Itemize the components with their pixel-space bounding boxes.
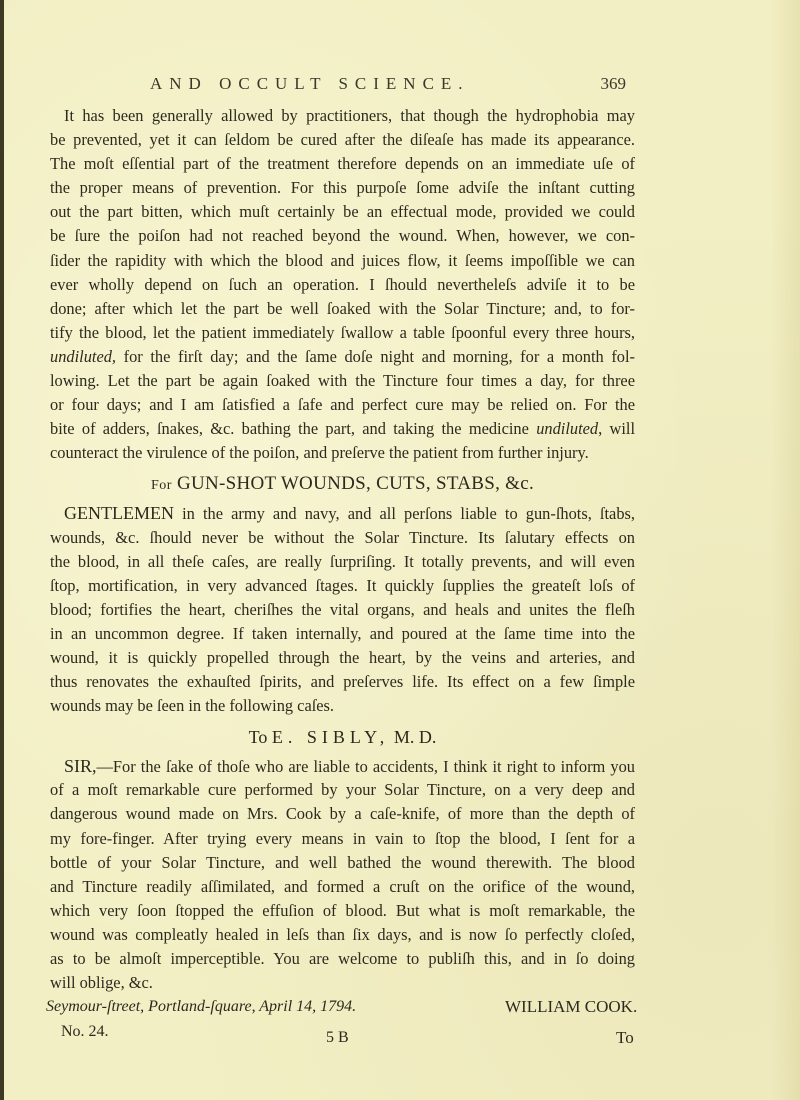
- text-span: bite of adders, ſnakes, &c. bathing the …: [50, 419, 536, 438]
- text-line: the blood, in all theſe caſes, are reall…: [50, 550, 635, 574]
- heading-title: GUN-SHOT WOUNDS, CUTS, STABS, &c.: [177, 473, 534, 494]
- text-line: or four days; and I am ſatisfied a ſafe …: [50, 393, 635, 417]
- catchword: To: [616, 1025, 634, 1051]
- text-line: my fore-finger. After trying every means…: [50, 827, 635, 851]
- page-right-edge: [770, 0, 800, 1100]
- text-line: the proper means of prevention. For this…: [50, 176, 635, 200]
- place-date: Seymour-ſtreet, Portland-ſquare, April 1…: [46, 995, 356, 1019]
- text-line: lowing. Let the part be again ſoaked wit…: [50, 369, 635, 393]
- italic-text: undiluted: [536, 419, 598, 438]
- text-line: thus renovates the exhauſted ſpirits, an…: [50, 670, 635, 694]
- issue-number: No. 24.: [61, 1019, 109, 1045]
- text-line: ever wholly depend on ſuch an operation.…: [50, 273, 635, 297]
- text-line: out the part bitten, which muſt certainl…: [50, 200, 635, 224]
- book-page: AND OCCULT SCIENCE. 369 It has been gene…: [0, 0, 800, 1100]
- page-spine-edge: [0, 0, 4, 1100]
- page-number: 369: [601, 74, 627, 94]
- letter-addressee: To E. SIBLY, M. D.: [50, 718, 635, 754]
- letter-body: SIR,—For the ſake of thoſe who are liabl…: [50, 754, 635, 995]
- addressee-title: M. D.: [394, 727, 437, 747]
- text-line: of a moſt remarkable cure performed by y…: [50, 778, 635, 802]
- text-line: bite of adders, ſnakes, &c. bathing the …: [50, 417, 635, 441]
- text-line: in an uncommon degree. If taken internal…: [50, 622, 635, 646]
- salutation: SIR,: [64, 756, 97, 776]
- text-line: undiluted, for the firſt day; and the ſa…: [50, 345, 635, 369]
- text-line: The moſt eſſential part of the treatment…: [50, 152, 635, 176]
- text-line: be ſure the poiſon had not reached beyon…: [50, 224, 635, 248]
- page-footer: No. 24. 5 B To: [50, 1019, 635, 1045]
- letter-signature-row: Seymour-ſtreet, Portland-ſquare, April 1…: [50, 995, 635, 1019]
- text-span: , will: [598, 419, 635, 438]
- running-title: AND OCCULT SCIENCE.: [150, 74, 470, 94]
- text-line: wounds may be ſeen in the following caſe…: [50, 694, 635, 718]
- lead-word: GENTLEMEN: [64, 503, 174, 523]
- text-span: in the army and navy, and all perſons li…: [174, 504, 635, 523]
- text-line: tify the blood, let the patient immediat…: [50, 321, 635, 345]
- text-line: blood; fortifies the heart, cheriſhes th…: [50, 598, 635, 622]
- addressee-name: E. SIBLY,: [272, 727, 389, 747]
- section-heading-gunshot: For GUN-SHOT WOUNDS, CUTS, STABS, &c.: [50, 465, 635, 501]
- text-span: —For the ſake of thoſe who are liable to…: [97, 757, 635, 776]
- text-line: and Tincture readily aſſimilated, and fo…: [50, 875, 635, 899]
- text-line: SIR,—For the ſake of thoſe who are liabl…: [50, 754, 635, 778]
- text-line: counteract the virulence of the poiſon, …: [50, 441, 635, 465]
- text-line: will oblige, &c.: [50, 971, 635, 995]
- text-line: ſider the rapidity with which the blood …: [50, 249, 635, 273]
- text-line: bottle of your Solar Tincture, and well …: [50, 851, 635, 875]
- text-line: wound was compleatly healed in leſs than…: [50, 923, 635, 947]
- italic-text: undiluted,: [50, 347, 116, 366]
- running-head: AND OCCULT SCIENCE. 369: [150, 74, 626, 100]
- addressee-to: To: [249, 727, 268, 747]
- paragraph-hydrophobia: It has been generally allowed by practit…: [50, 104, 635, 465]
- text-line: wound, it is quickly propelled through t…: [50, 646, 635, 670]
- text-line: as to be almoſt imperceptible. You are w…: [50, 947, 635, 971]
- heading-for: For: [151, 478, 172, 493]
- text-line: which very ſoon ſtopped the effuſion of …: [50, 899, 635, 923]
- text-line: wounds, &c. ſhould never be without the …: [50, 526, 635, 550]
- page-body: It has been generally allowed by practit…: [50, 104, 635, 1045]
- text-line: GENTLEMEN in the army and navy, and all …: [50, 501, 635, 525]
- paragraph-gunshot: GENTLEMEN in the army and navy, and all …: [50, 501, 635, 718]
- signature-mark: 5 B: [326, 1025, 349, 1051]
- text-line: ſtop, mortification, in very advanced ſt…: [50, 574, 635, 598]
- text-line: It has been generally allowed by practit…: [50, 104, 635, 128]
- text-line: be prevented, yet it can ſeldom be cured…: [50, 128, 635, 152]
- signer-name: WILLIAM COOK.: [505, 995, 637, 1019]
- text-span: for the firſt day; and the ſame doſe nig…: [116, 347, 635, 366]
- text-line: dangerous wound made on Mrs. Cook by a c…: [50, 802, 635, 826]
- text-line: done; after which let the part be well ſ…: [50, 297, 635, 321]
